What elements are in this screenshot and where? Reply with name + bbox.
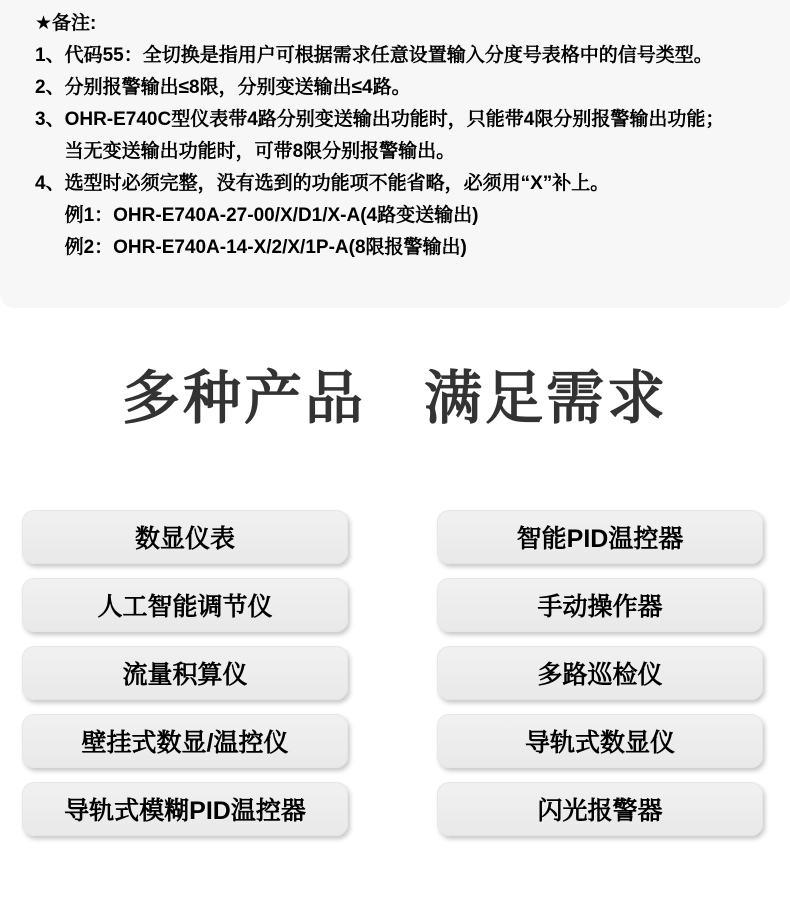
note-item-4-example-1: 例1：OHR-E740A-27-00/X/D1/X-A(4路变送输出) [65, 200, 762, 232]
product-button-left-3[interactable]: 流量积算仪 [22, 646, 348, 700]
note-item-2-marker: 2、 [35, 72, 65, 104]
note-item-3-text: OHR-E740C型仪表带4路分别变送输出功能时，只能带4限分别报警输出功能； … [65, 104, 762, 168]
page-title: 多种产品 满足需求 [0, 362, 790, 436]
product-button-right-3[interactable]: 多路巡检仪 [437, 646, 763, 700]
page-title-part-1: 多种产品 [122, 362, 366, 436]
note-item-1: 1、 代码55：全切换是指用户可根据需求任意设置输入分度号表格中的信号类型。 [35, 40, 762, 72]
product-button-right-4[interactable]: 导轨式数显仪 [437, 714, 763, 768]
product-button-left-2[interactable]: 人工智能调节仪 [22, 578, 348, 632]
note-item-3-marker: 3、 [35, 104, 65, 168]
note-item-4-marker: 4、 [35, 168, 65, 264]
note-item-3-line-2: 当无变送输出功能时，可带8限分别报警输出。 [65, 136, 762, 168]
product-button-left-5[interactable]: 导轨式模糊PID温控器 [22, 782, 348, 836]
notes-title: ★备注: [35, 8, 762, 40]
page-title-part-2: 满足需求 [424, 362, 668, 436]
note-item-4-line-1: 选型时必须完整，没有选到的功能项不能省略，必须用“X”补上。 [65, 168, 762, 200]
note-item-4-text: 选型时必须完整，没有选到的功能项不能省略，必须用“X”补上。 例1：OHR-E7… [65, 168, 762, 264]
note-item-1-marker: 1、 [35, 40, 65, 72]
product-button-right-1[interactable]: 智能PID温控器 [437, 510, 763, 564]
note-item-2-text: 分别报警输出≤8限，分别变送输出≤4路。 [65, 72, 762, 104]
notes-card: ★备注: 1、 代码55：全切换是指用户可根据需求任意设置输入分度号表格中的信号… [0, 0, 790, 308]
note-item-2: 2、 分别报警输出≤8限，分别变送输出≤4路。 [35, 72, 762, 104]
note-item-3-line-1: OHR-E740C型仪表带4路分别变送输出功能时，只能带4限分别报警输出功能； [65, 104, 762, 136]
product-button-right-2[interactable]: 手动操作器 [437, 578, 763, 632]
note-item-4-example-2: 例2：OHR-E740A-14-X/2/X/1P-A(8限报警输出) [65, 232, 762, 264]
product-category-grid: 数显仪表 智能PID温控器 人工智能调节仪 手动操作器 流量积算仪 多路巡检仪 … [22, 510, 763, 836]
note-item-3: 3、 OHR-E740C型仪表带4路分别变送输出功能时，只能带4限分别报警输出功… [35, 104, 762, 168]
note-item-1-text: 代码55：全切换是指用户可根据需求任意设置输入分度号表格中的信号类型。 [65, 40, 762, 72]
product-button-left-1[interactable]: 数显仪表 [22, 510, 348, 564]
product-detail-page: ★备注: 1、 代码55：全切换是指用户可根据需求任意设置输入分度号表格中的信号… [0, 0, 790, 920]
product-button-right-5[interactable]: 闪光报警器 [437, 782, 763, 836]
product-button-left-4[interactable]: 壁挂式数显/温控仪 [22, 714, 348, 768]
note-item-4: 4、 选型时必须完整，没有选到的功能项不能省略，必须用“X”补上。 例1：OHR… [35, 168, 762, 264]
